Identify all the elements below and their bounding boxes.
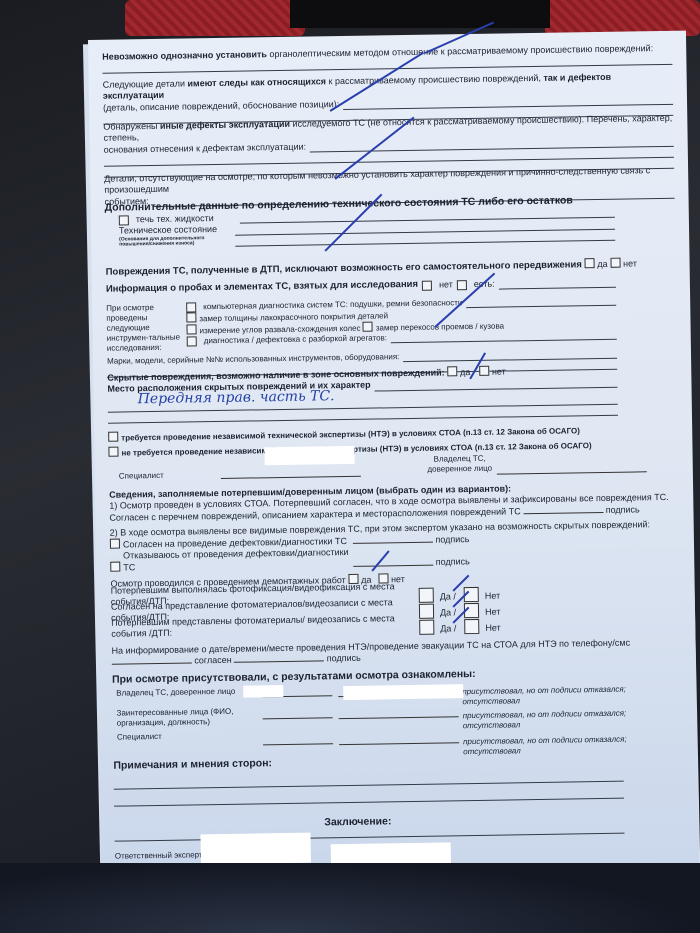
checkbox-photo-no[interactable] (464, 619, 479, 634)
label-text: к рассматриваемому происшествию поврежде… (326, 73, 544, 86)
checkbox-photo-yes[interactable] (419, 604, 434, 619)
checkbox-photo-yes[interactable] (419, 620, 434, 635)
checkbox-paint-thickness[interactable] (186, 312, 196, 322)
label-agree: согласен (194, 655, 232, 666)
checkbox-body-skew[interactable] (363, 322, 373, 332)
signature-line[interactable] (353, 542, 433, 544)
inspection-form-page: Невозможно однозначно установить органол… (88, 31, 699, 902)
redacted-name (343, 684, 463, 700)
label-text: Обнаружены (103, 121, 160, 132)
notify-block: На информирование о дате/времени/месте п… (112, 637, 682, 668)
label-bold: Информация о пробах и элементах ТС, взят… (106, 279, 418, 296)
checkbox-hidden-no[interactable] (479, 366, 489, 376)
checkbox-hidden-yes[interactable] (447, 366, 457, 376)
checkbox-samples-yes[interactable] (457, 280, 467, 290)
photo-block: Потерпевшим выполнялась фотофиксация/вид… (111, 583, 682, 640)
hidden-damage-block: Скрытые повреждения, возможно наличие в … (107, 363, 678, 423)
fill-line[interactable] (499, 278, 616, 290)
name-line[interactable] (339, 707, 459, 719)
checkbox-fluid-leak[interactable] (119, 216, 129, 226)
label-yes: Да / (440, 591, 456, 603)
label-text: Заинтересованные лица (ФИО, организация,… (117, 707, 237, 729)
cannot-determine-line: Невозможно однозначно установить органол… (102, 43, 672, 74)
fill-line[interactable] (391, 330, 617, 344)
background-fabric (0, 863, 700, 933)
label-yes: да (597, 259, 607, 269)
label-text: Потерпевшим представлены фотоматериалы/ … (111, 612, 411, 639)
notes-block: Примечания и мнения сторон: (113, 751, 684, 807)
label-yes: да (460, 367, 470, 377)
name-line[interactable] (339, 733, 459, 745)
checkbox-refuse-diag[interactable] (110, 561, 120, 571)
label-no: Нет (485, 590, 501, 601)
label-signature: подпись (606, 504, 640, 515)
label-yes: Да / (440, 607, 456, 619)
handwritten-location: Передняя прав. часть ТС. (138, 388, 335, 409)
signature-line[interactable] (523, 511, 603, 513)
label-text: Отказываюсь от проведения дефектовки/диа… (123, 547, 353, 573)
checkbox-yes[interactable] (584, 258, 594, 268)
label-text: Следующие детали (103, 78, 188, 89)
instrumental-item: диагностика / дефектовка с разборкой агр… (204, 333, 387, 346)
checkbox-no[interactable] (610, 258, 620, 268)
label-no: Нет (485, 622, 501, 633)
label-no: Нет (485, 606, 501, 617)
signature-line[interactable] (234, 661, 324, 663)
instrumental-label: При осмотре проведены следующие инструме… (106, 302, 187, 353)
checkbox-wheel-alignment[interactable] (186, 324, 196, 334)
samples-line: Информация о пробах и элементах ТС, взят… (106, 275, 676, 296)
label-bold: имеют следы как относящихся (187, 76, 326, 88)
checkbox-agree-diag[interactable] (110, 539, 120, 549)
signature-line[interactable] (263, 743, 333, 745)
label-no: нет (439, 279, 453, 290)
fill-line[interactable] (112, 663, 192, 665)
label-owner: Владелец ТС, доверенное лицо (427, 454, 493, 475)
label-text: Специалист (117, 732, 162, 743)
label-text: Владелец ТС, доверенное лицо (116, 687, 235, 699)
label-bold: Повреждения ТС, полученные в ДТП, исключ… (106, 259, 582, 277)
label-signature: подпись (327, 653, 361, 664)
redacted-name (264, 446, 354, 465)
label-signature: подпись (436, 557, 470, 568)
checkbox-photo-yes[interactable] (419, 588, 434, 603)
checkbox-nte-required[interactable] (108, 432, 118, 442)
checkbox-samples-no[interactable] (422, 281, 432, 291)
checkbox-disassembly-diag[interactable] (187, 336, 197, 346)
signature-line[interactable] (353, 564, 433, 566)
label-no: нет (623, 258, 637, 268)
checkbox-nte-not-required[interactable] (108, 447, 118, 457)
signature-line[interactable] (263, 717, 333, 719)
clipboard-edge-left (125, 0, 305, 36)
victim-info-block: Сведения, заполняемые потерпевшим/довере… (109, 481, 680, 574)
label-bold: Невозможно однозначно установить (102, 49, 267, 62)
photo-row: Потерпевшим представлены фотоматериалы/ … (111, 615, 681, 640)
label-no: нет (492, 366, 506, 376)
label-note: (Основания для дополнительного повышения… (119, 235, 231, 248)
redacted-name (243, 685, 283, 698)
label-specialist: Специалист (119, 471, 164, 482)
specialist-signature-line[interactable] (221, 476, 361, 479)
owner-signature-line[interactable] (497, 471, 647, 474)
clipboard-clip (290, 0, 550, 28)
present-block: При осмотре присутствовали, с результата… (112, 665, 683, 755)
label-yes: Да / (440, 623, 456, 635)
label-signature: подпись (435, 534, 469, 545)
additional-data-block: Дополнительные данные по определению тех… (105, 193, 676, 249)
redacted-signature (200, 833, 310, 865)
label-bold: иные дефекты эксплуатации (160, 119, 290, 131)
checkbox-computer-diag[interactable] (186, 302, 196, 312)
